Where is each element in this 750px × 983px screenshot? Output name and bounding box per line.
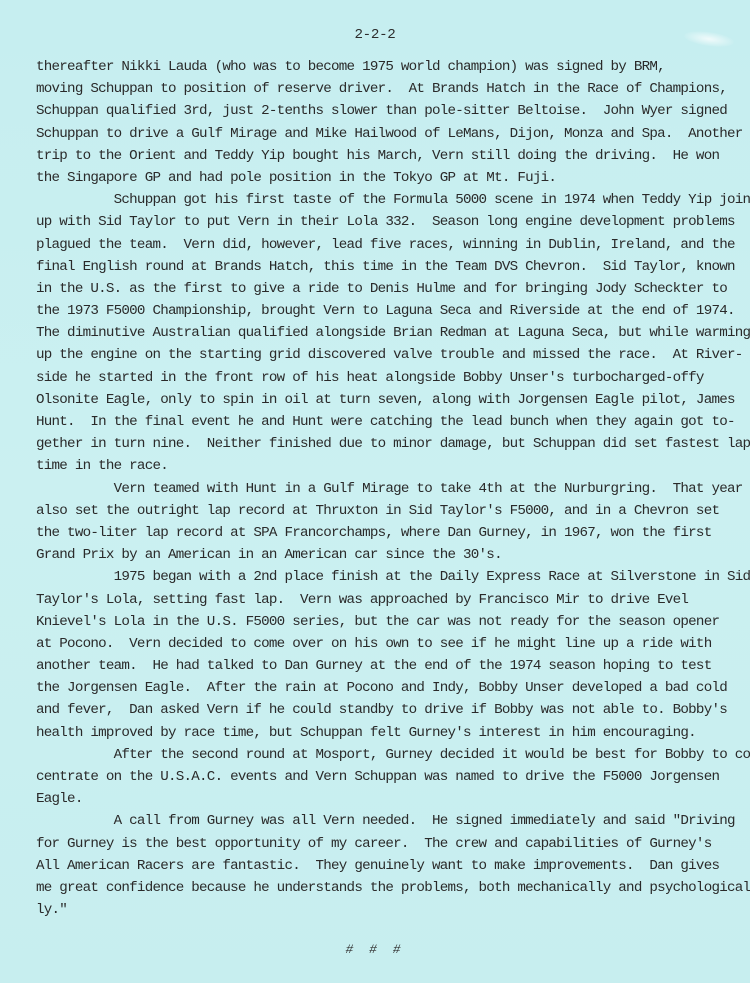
text-line: ly." <box>36 899 736 921</box>
text-line: Schuppan got his first taste of the Form… <box>36 189 736 211</box>
text-line: gether in turn nine. Neither finished du… <box>36 433 736 455</box>
text-line: the 1973 F5000 Championship, brought Ver… <box>36 300 736 322</box>
text-line: up with Sid Taylor to put Vern in their … <box>36 211 736 233</box>
body-text: thereafter Nikki Lauda (who was to becom… <box>36 56 736 921</box>
text-line: moving Schuppan to position of reserve d… <box>36 78 736 100</box>
text-line: thereafter Nikki Lauda (who was to becom… <box>36 56 736 78</box>
text-line: Eagle. <box>36 788 736 810</box>
text-line: the Singapore GP and had pole position i… <box>36 167 736 189</box>
text-line: Grand Prix by an American in an American… <box>36 544 736 566</box>
text-line: time in the race. <box>36 455 736 477</box>
text-line: trip to the Orient and Teddy Yip bought … <box>36 145 736 167</box>
text-line: also set the outright lap record at Thru… <box>36 500 736 522</box>
text-line: Hunt. In the final event he and Hunt wer… <box>36 411 736 433</box>
text-line: the two-liter lap record at SPA Francorc… <box>36 522 736 544</box>
text-line: plagued the team. Vern did, however, lea… <box>36 234 736 256</box>
text-line: All American Racers are fantastic. They … <box>36 855 736 877</box>
text-line: Schuppan to drive a Gulf Mirage and Mike… <box>36 123 736 145</box>
text-line: After the second round at Mosport, Gurne… <box>36 744 736 766</box>
text-line: up the engine on the starting grid disco… <box>36 344 736 366</box>
text-line: another team. He had talked to Dan Gurne… <box>36 655 736 677</box>
document-page: 2-2-2 thereafter Nikki Lauda (who was to… <box>0 0 750 983</box>
text-line: side he started in the front row of his … <box>36 367 736 389</box>
text-line: A call from Gurney was all Vern needed. … <box>36 810 736 832</box>
text-line: and fever, Dan asked Vern if he could st… <box>36 699 736 721</box>
text-line: for Gurney is the best opportunity of my… <box>36 833 736 855</box>
text-line: centrate on the U.S.A.C. events and Vern… <box>36 766 736 788</box>
text-line: final English round at Brands Hatch, thi… <box>36 256 736 278</box>
text-line: me great confidence because he understan… <box>36 877 736 899</box>
page-number: 2-2-2 <box>0 27 750 43</box>
text-line: Taylor's Lola, setting fast lap. Vern wa… <box>36 589 736 611</box>
text-line: Olsonite Eagle, only to spin in oil at t… <box>36 389 736 411</box>
text-line: The diminutive Australian qualified alon… <box>36 322 736 344</box>
end-mark: # # # <box>0 942 750 957</box>
text-line: Knievel's Lola in the U.S. F5000 series,… <box>36 611 736 633</box>
text-line: in the U.S. as the first to give a ride … <box>36 278 736 300</box>
text-line: Vern teamed with Hunt in a Gulf Mirage t… <box>36 478 736 500</box>
text-line: 1975 began with a 2nd place finish at th… <box>36 566 736 588</box>
text-line: at Pocono. Vern decided to come over on … <box>36 633 736 655</box>
text-line: the Jorgensen Eagle. After the rain at P… <box>36 677 736 699</box>
text-line: health improved by race time, but Schupp… <box>36 722 736 744</box>
text-line: Schuppan qualified 3rd, just 2-tenths sl… <box>36 100 736 122</box>
